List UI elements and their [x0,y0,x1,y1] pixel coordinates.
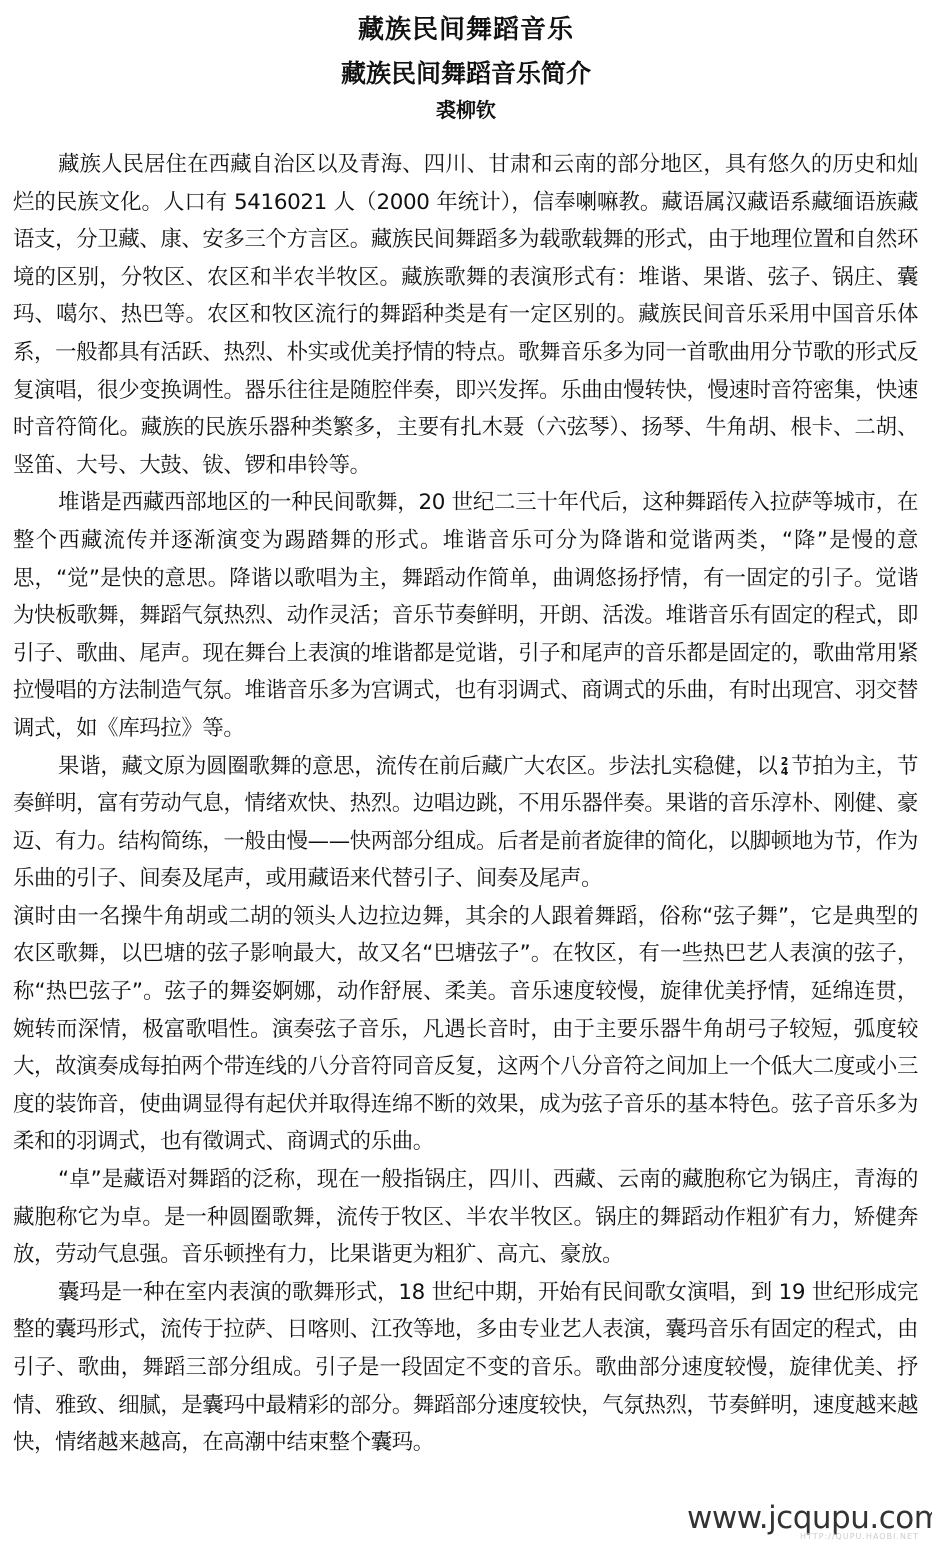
paragraph-intro: 藏族人民居住在西藏自治区以及青海、四川、甘肃和云南的部分地区，具有悠久的历史和灿… [13,146,918,484]
watermark-url: www.jcqupu.com [687,1500,932,1536]
paragraph-guoxie: 果谐，藏文原为圆圈歌舞的意思，流传在前后藏广大农区。步法扎实稳健，以24节拍为主… [13,748,918,898]
document-page: 藏族民间舞蹈音乐 藏族民间舞蹈音乐简介 裘柳钦 藏族人民居住在西藏自治区以及青海… [0,0,932,1542]
time-signature-denominator: 4 [781,767,788,777]
page-title: 藏族民间舞蹈音乐 [0,12,932,48]
guoxie-text-before: 果谐，藏文原为圆圈歌舞的意思，流传在前后藏广大农区。步法扎实稳健，以 [58,754,778,779]
author-name: 裘柳钦 [0,95,932,125]
watermark-subtext: HTTP://QUPU.HAOBI.NET [800,1532,919,1542]
paragraph-zhuo: “卓”是藏语对舞蹈的泛称，现在一般指锅庄，四川、西藏、云南的藏胞称它为锅庄，青海… [13,1161,918,1274]
time-signature: 24 [781,757,788,777]
article-body: 藏族人民居住在西藏自治区以及青海、四川、甘肃和云南的部分地区，具有悠久的历史和灿… [13,146,918,1462]
paragraph-duixie: 堆谐是西藏西部地区的一种民间歌舞，20 世纪二三十年代后，这种舞蹈传入拉萨等城市… [13,484,918,747]
paragraph-nangma: 囊玛是一种在室内表演的歌舞形式，18 世纪中期，开始有民间歌女演唱，到 19 世… [13,1274,918,1462]
page-subtitle: 藏族民间舞蹈音乐简介 [0,56,932,92]
paragraph-xianzi: 演时由一名操牛角胡或二胡的领头人边拉边舞，其余的人跟着舞蹈，俗称“弦子舞”，它是… [13,898,918,1161]
